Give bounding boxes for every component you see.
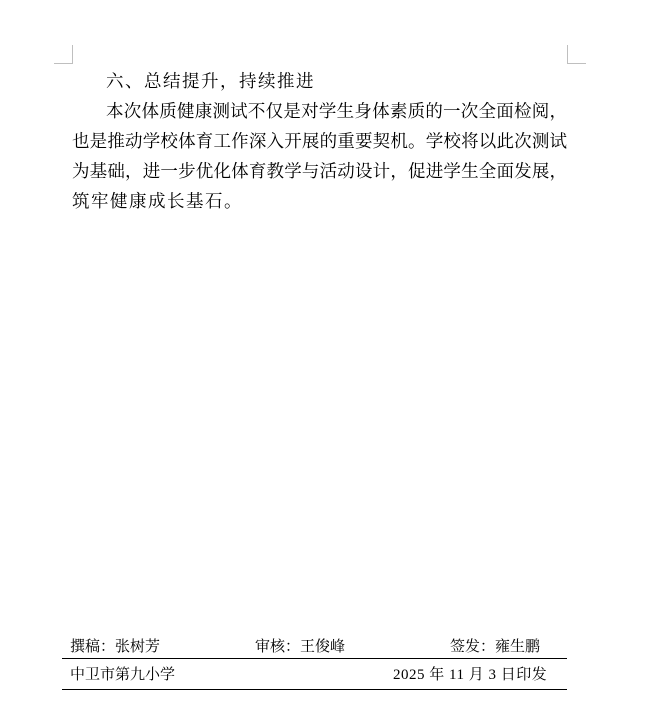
footer-rule-bottom [62,689,567,690]
document-page: 六、总结提升，持续推进 本次体质健康测试不仅是对学生身体素质的一次全面检阅， 也… [0,0,652,728]
body-line-1: 本次体质健康测试不仅是对学生身体素质的一次全面检阅， [72,96,567,126]
body-line-4: 筑牢健康成长基石。 [72,186,567,216]
footer-rule-top [62,658,567,659]
text-boundary-mark-top-left [54,45,73,64]
signoff-row: 撰稿：张树芳 审核：王俊峰 签发：雍生鹏 [0,637,652,657]
section-heading: 六、总结提升，持续推进 [72,66,567,96]
issuer-credit: 签发：雍生鹏 [450,637,540,657]
body-line-2: 也是推动学校体育工作深入开展的重要契机。学校将以此次测试 [72,126,567,156]
text-boundary-mark-top-right [567,45,586,64]
document-body: 六、总结提升，持续推进 本次体质健康测试不仅是对学生身体素质的一次全面检阅， 也… [72,66,567,216]
print-date: 2025 年 11 月 3 日印发 [393,665,547,685]
drafter-credit: 撰稿：张树芳 [70,637,160,657]
footer-row: 中卫市第九小学 2025 年 11 月 3 日印发 [0,665,652,685]
body-line-3: 为基础，进一步优化体育教学与活动设计，促进学生全面发展， [72,156,567,186]
reviewer-credit: 审核：王俊峰 [255,637,345,657]
issuing-organization: 中卫市第九小学 [70,665,175,685]
